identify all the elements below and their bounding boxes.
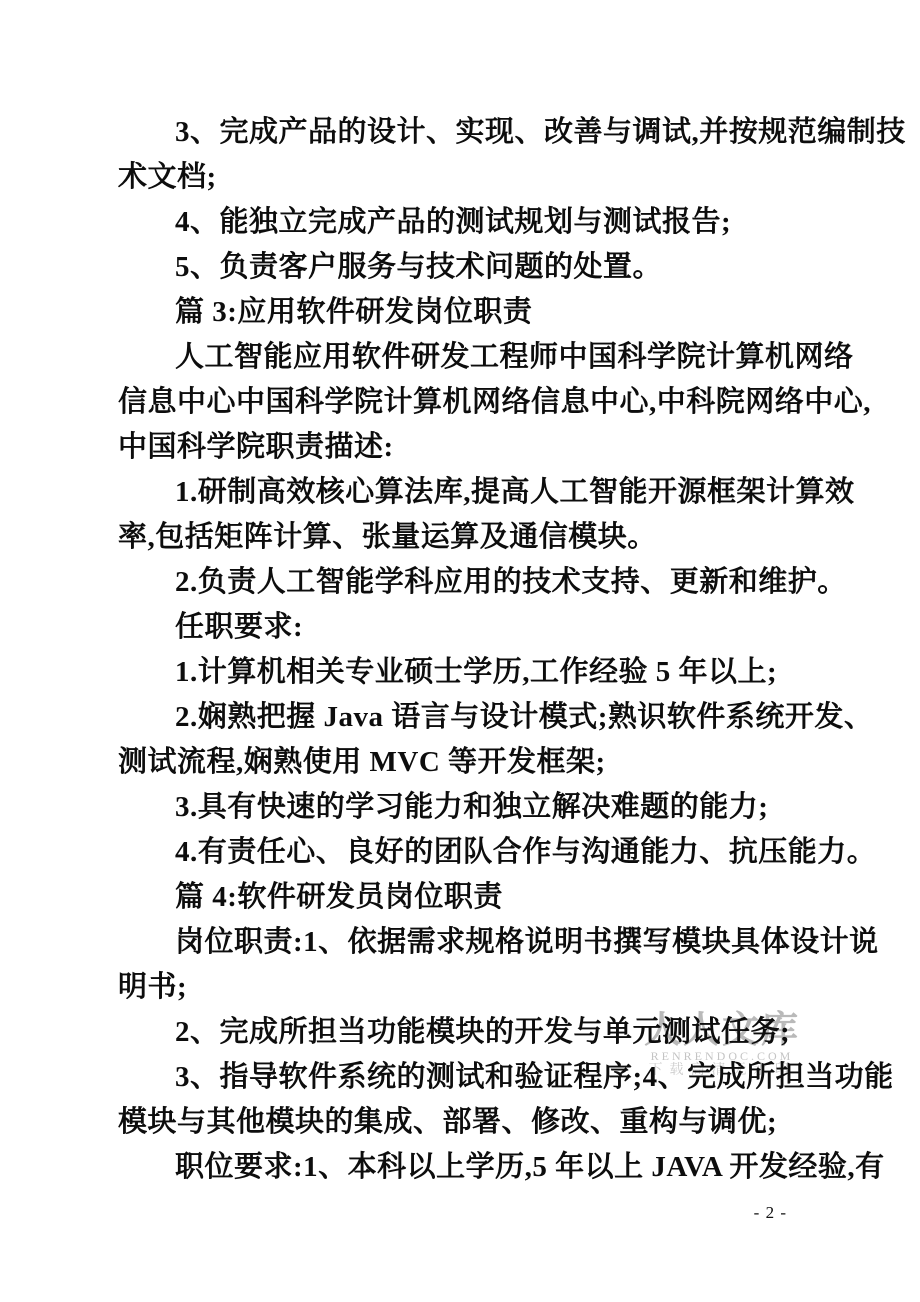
text-line: 模块与其他模块的集成、部署、修改、重构与调优; xyxy=(118,1100,794,1145)
text-line: 2.娴熟把握 Java 语言与设计模式;熟识软件系统开发、 xyxy=(118,695,794,740)
text-line: 3、指导软件系统的测试和验证程序;4、完成所担当功能 xyxy=(118,1055,794,1100)
text-line: 信息中心中国科学院计算机网络信息中心,中科院网络中心, xyxy=(118,380,794,425)
text-line: 职位要求:1、本科以上学历,5 年以上 JAVA 开发经验,有 xyxy=(118,1145,794,1190)
text-line: 1.计算机相关专业硕士学历,工作经验 5 年以上; xyxy=(118,650,794,695)
text-line: 1.研制高效核心算法库,提高人工智能开源框架计算效 xyxy=(118,470,794,515)
text-line: 明书; xyxy=(118,965,794,1010)
text-line: 岗位职责:1、依据需求规格说明书撰写模块具体设计说 xyxy=(118,920,794,965)
text-line: 术文档; xyxy=(118,155,794,200)
text-line: 2.负责人工智能学科应用的技术支持、更新和维护。 xyxy=(118,560,794,605)
document-body: 3、完成产品的设计、实现、改善与调试,并按规范编制技术文档;4、能独立完成产品的… xyxy=(118,110,794,1190)
text-line: 4.有责任心、良好的团队合作与沟通能力、抗压能力。 xyxy=(118,830,794,875)
text-line: 4、能独立完成产品的测试规划与测试报告; xyxy=(118,200,794,245)
text-line: 中国科学院职责描述: xyxy=(118,425,794,470)
document-page: 人人文库 RENRENDOC.COM 下载高清无水印 3、完成产品的设计、实现、… xyxy=(0,0,920,1302)
text-line: 5、负责客户服务与技术问题的处置。 xyxy=(118,245,794,290)
text-line: 任职要求: xyxy=(118,605,794,650)
page-number: - 2 - xyxy=(754,1203,787,1223)
text-line: 3.具有快速的学习能力和独立解决难题的能力; xyxy=(118,785,794,830)
text-line: 篇 3:应用软件研发岗位职责 xyxy=(118,290,794,335)
text-line: 篇 4:软件研发员岗位职责 xyxy=(118,875,794,920)
text-line: 2、完成所担当功能模块的开发与单元测试任务; xyxy=(118,1010,794,1055)
text-line: 3、完成产品的设计、实现、改善与调试,并按规范编制技 xyxy=(118,110,794,155)
text-line: 测试流程,娴熟使用 MVC 等开发框架; xyxy=(118,740,794,785)
text-line: 率,包括矩阵计算、张量运算及通信模块。 xyxy=(118,515,794,560)
text-line: 人工智能应用软件研发工程师中国科学院计算机网络 xyxy=(118,335,794,380)
